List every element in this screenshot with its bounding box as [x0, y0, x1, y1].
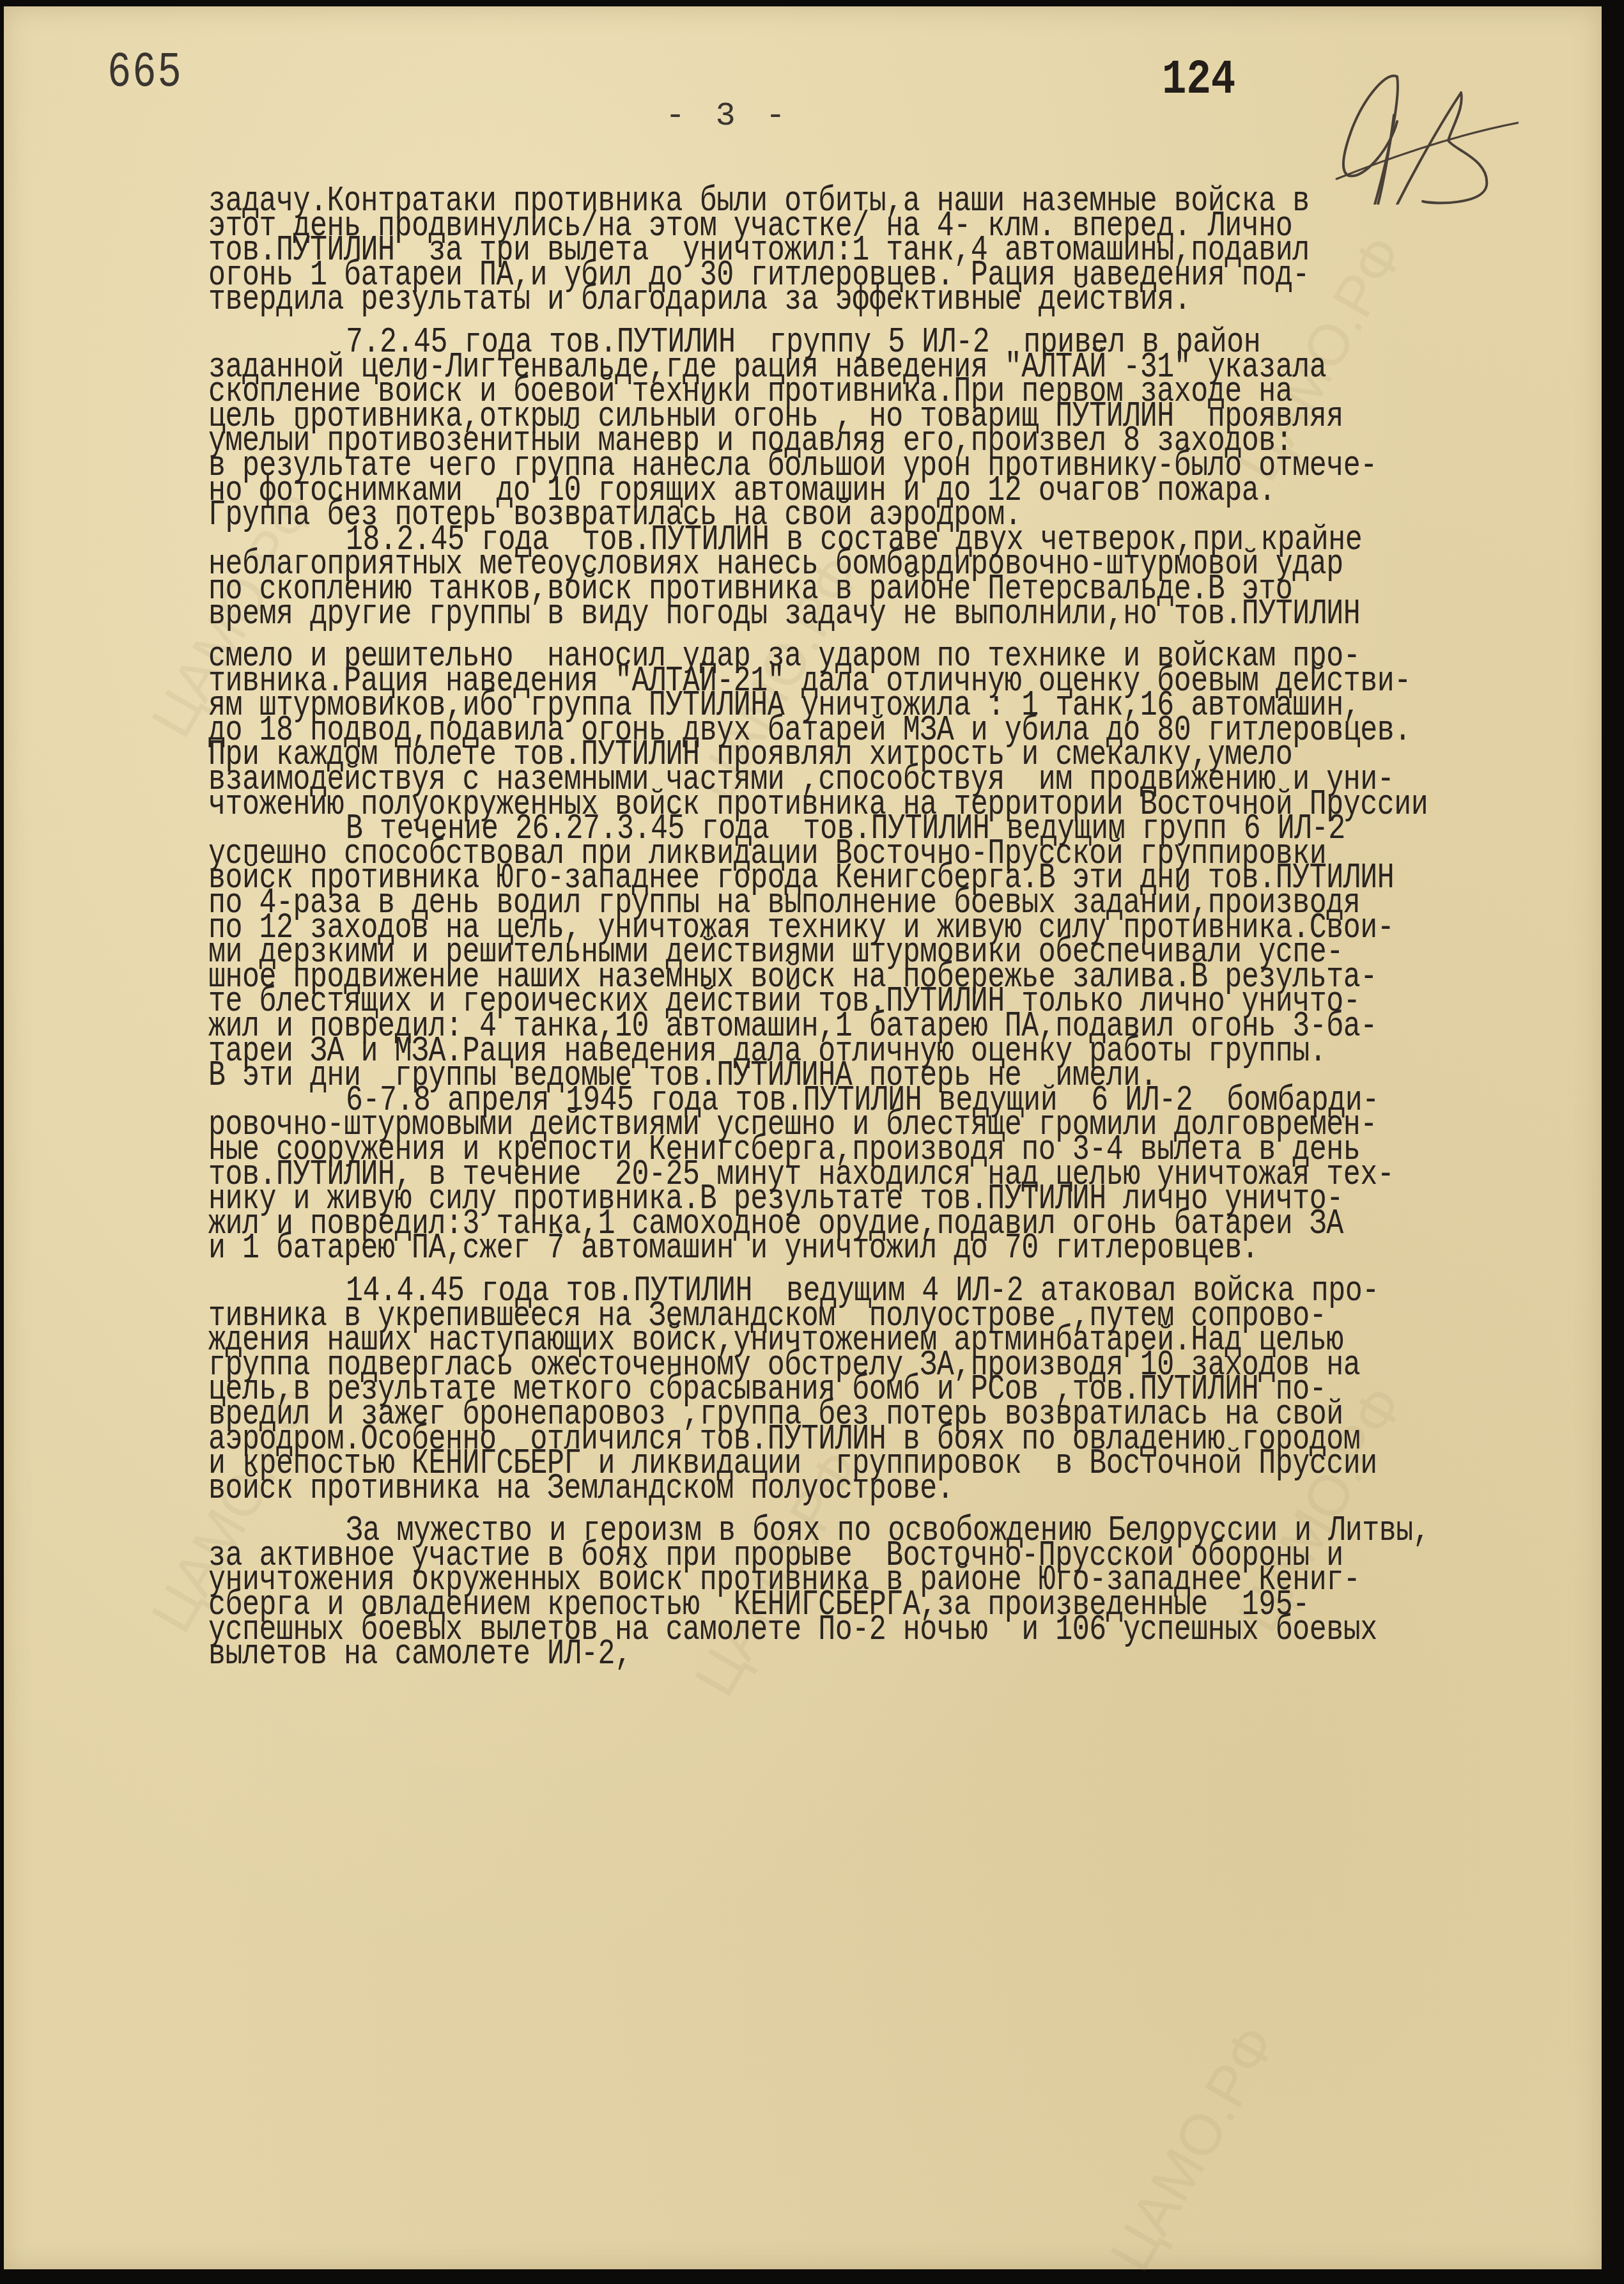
text-line: время другие группы в виду погоды задачу… [208, 600, 1614, 630]
page-marker: - 3 - [665, 97, 791, 135]
text-line: и 1 батарею ПА,сжег 7 автомашин и уничто… [208, 1234, 1614, 1264]
folio-number: 124 [1162, 53, 1235, 108]
archive-number: 665 [107, 44, 183, 101]
text-line: твердила результаты и благодарила за эфф… [208, 285, 1614, 315]
text-line: войск противника на Земландском полуостр… [208, 1474, 1614, 1504]
watermark: ЦАМО.РФ [1097, 2015, 1290, 2283]
handwritten-page-number [1327, 58, 1519, 205]
text-line: вылетов на самолете ИЛ-2, [208, 1640, 1614, 1670]
document-body: задачу.Контратаки противника были отбиты… [208, 187, 1614, 1665]
document-page: ЦАМО.РФ ЦАМО.РФ ЦАМО.РФ ЦАМО.РФ ЦАМО.РФ … [4, 6, 1602, 2269]
